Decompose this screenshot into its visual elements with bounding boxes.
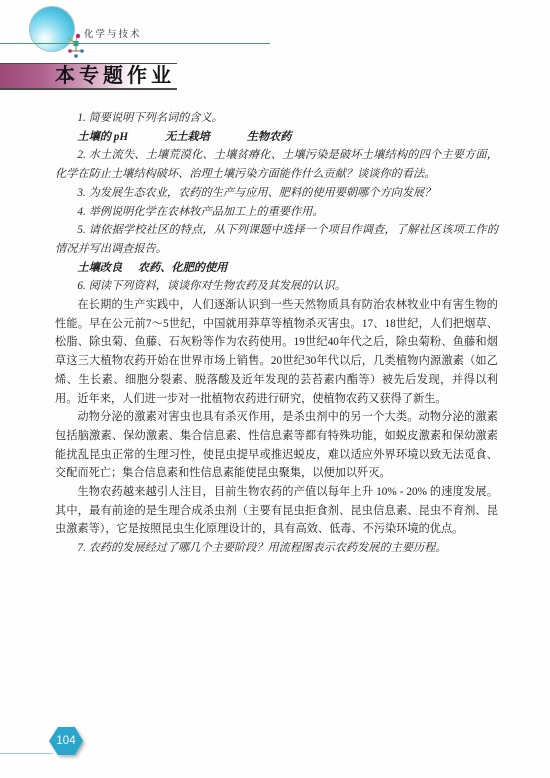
question-1: 1. 简要说明下列名词的含义。 xyxy=(55,109,498,128)
question-1-terms: 土壤的 pH无土栽培生物农药 xyxy=(55,128,498,147)
section-title: 本专题作业 xyxy=(0,64,177,88)
passage-paragraph-1: 在长期的生产实践中，人们逐渐认识到一些天然物质具有防治农林牧业中有害生物的性能。… xyxy=(55,296,498,408)
question-5-terms: 土壤改良农药、化肥的使用 xyxy=(55,259,498,278)
term-soil-ph: 土壤的 pH xyxy=(77,131,128,143)
passage-paragraph-2: 动物分泌的激素对害虫也具有杀灭作用，是杀虫剂中的另一个大类。动物分泌的激素包括脑… xyxy=(55,408,498,483)
term-soilless-culture: 无土栽培 xyxy=(165,131,210,143)
section-banner: 本专题作业 xyxy=(0,63,177,90)
term-biopesticide: 生物农药 xyxy=(247,131,292,143)
book-title: 化学与技术 xyxy=(84,26,142,40)
page-number-badge: 104 xyxy=(49,727,83,755)
question-5: 5. 请依据学校社区的特点，从下列课题中选择一个项目作调查，了解社区该项工作的情… xyxy=(55,221,498,258)
question-7: 7. 农药的发展经过了哪几个主要阶段？用流程图表示农药发展的主要历程。 xyxy=(55,539,498,558)
question-6: 6. 阅读下列资料，谈谈你对生物农药及其发展的认识。 xyxy=(55,277,498,296)
question-2: 2. 水土流失、土壤荒漠化、土壤贫瘠化、土壤污染是破坏土壤结构的四个主要方面，化… xyxy=(55,146,498,183)
page-content: 1. 简要说明下列名词的含义。 土壤的 pH无土栽培生物农药 2. 水土流失、土… xyxy=(55,109,498,558)
passage-paragraph-3: 生物农药越来越引人注目，目前生物农药的产值以每年上升 10% - 20% 的速度… xyxy=(55,483,498,539)
question-3: 3. 为发展生态农业，农药的生产与应用、肥料的使用要朝哪个方向发展？ xyxy=(55,184,498,203)
question-4: 4. 举例说明化学在农林牧产品加工上的重要作用。 xyxy=(55,203,498,222)
header-rule xyxy=(0,43,270,44)
textbook-page: 化学与技术 本专题作业 1. 简要说明下列名词的含义。 土壤的 pH无土栽培生物… xyxy=(0,0,550,778)
footer-rule xyxy=(0,753,53,754)
term-soil-improvement: 土壤改良 xyxy=(77,262,122,274)
term-pesticide-fertilizer-use: 农药、化肥的使用 xyxy=(138,262,228,274)
page-number: 104 xyxy=(56,735,75,747)
